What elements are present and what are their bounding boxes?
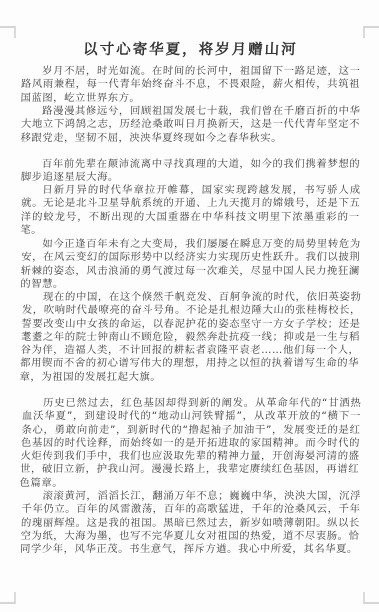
essay-paragraph: 路漫漫其修远兮，回顾祖国发展七十载，我们曾在千磨百折的中华大地立下鸿鹄之志，历经…	[20, 105, 360, 145]
scan-corner-mark-bottom-right	[363, 592, 379, 604]
essay-title: 以寸心寄华夏，将岁月赠山河	[21, 38, 361, 59]
essay-paragraphs: 岁月不居，时光如流。在时间的长河中，祖国留下一路足迹，这一路风雨兼程，每一代青年…	[21, 65, 360, 556]
essay-paragraph: 现在的中国，在这个倏然千帆竞发、百舸争流的时代，依旧英姿勃发，吹响时代最嘹亮的奋…	[19, 291, 361, 384]
scan-corner-mark-top-left	[0, 26, 16, 38]
essay-paragraph: 如今正逢百年未有之大变局，我们屡屡在瞬息万变的局势里转危为安，在风云变幻的国际形…	[20, 238, 361, 291]
scan-corner-mark-top-right	[363, 26, 379, 38]
essay-paragraph: 岁月不居，时光如流。在时间的长河中，祖国留下一路足迹，这一路风雨兼程，每一代青年…	[20, 65, 360, 105]
essay-page: 以寸心寄华夏，将岁月赠山河 岁月不居，时光如流。在时间的长河中，祖国留下一路足迹…	[0, 0, 379, 612]
essay-paragraph: 滚滚黄河，滔滔长江，翻涌万年不息；巍巍中华，泱泱大国，沉浮千年仍立。百年的风雷激…	[20, 490, 361, 556]
essay-paragraph: 日新月异的时代华章拉开帷幕，国家实现跨越发展，书写骄人成就。无论是北斗卫星导航系…	[20, 184, 361, 237]
essay-paragraph: 历史已然过去，红色基因却得到新的阐发。从革命年代的“甘洒热血沃华夏”，到建设时代…	[19, 397, 361, 490]
essay-body: 以寸心寄华夏，将岁月赠山河 岁月不居，时光如流。在时间的长河中，祖国留下一路足迹…	[21, 38, 360, 556]
essay-paragraph: 百年前先辈在颠沛流离中寻找真理的大道，如今的我们携着梦想的脚步追逐星辰大海。	[21, 158, 361, 185]
scan-corner-mark-bottom-left	[0, 592, 16, 604]
